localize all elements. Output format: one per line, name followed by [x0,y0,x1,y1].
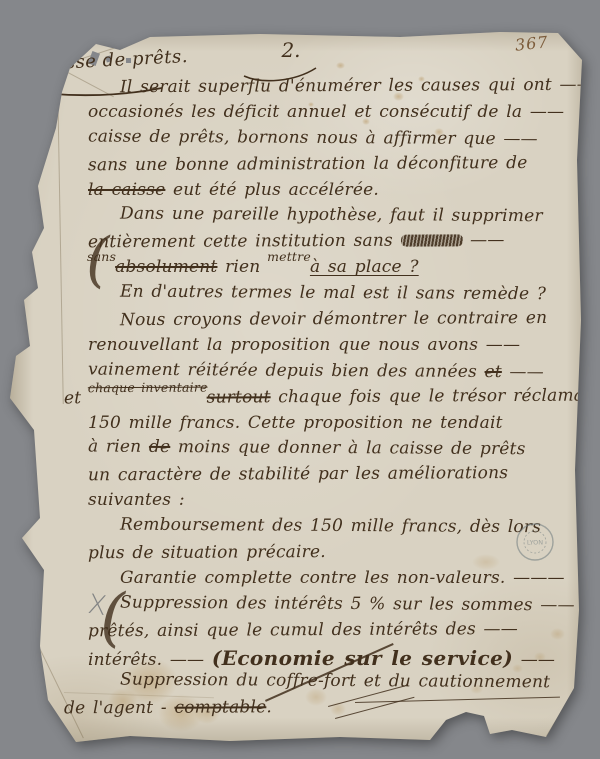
text-segment: chaque fois que le trésor réclamait ses [271,385,600,407]
manuscript-line: sans une bonne administration la déconfi… [88,152,574,180]
text-segment: et [485,362,502,382]
text-segment: caisse de prêts, bornons nous à affirmer… [88,126,538,149]
text-segment: renouvellant la proposition que nous avo… [88,335,520,355]
manuscript-line: Suppression du coffre-fort et du caution… [120,670,574,699]
manuscript-line: Suppression des intérêts 5 % sur les som… [120,592,574,621]
manuscript-line: 150 mille francs. Cette proposition ne t… [88,413,574,439]
text-segment: moins que donner à la caisse de prêts [170,437,525,459]
text-segment: la caisse [88,180,165,200]
text-segment: —— [502,362,544,382]
text-segment: comptable [174,698,266,718]
manuscript-line: sansabsolument rien mettreà sa place ? [88,257,574,283]
text-segment: plus de situation précaire. [88,542,326,563]
manuscript-line: à rien de moins que donner à la caisse d… [88,437,574,466]
crease-line [57,74,64,404]
text-segment: de l'agent - [64,698,175,719]
text-segment: sans une bonne administration la déconfi… [88,153,528,175]
manuscript-line: prêtés, ainsi que le cumul des intérêts … [88,618,574,646]
text-segment: —— [462,230,504,250]
manuscript-line: et chaque inventairesurtout chaque fois … [64,385,574,414]
text-segment: chaque inventaire [88,379,208,395]
manuscript-line: renouvellant la proposition que nous avo… [88,335,574,361]
manuscript-line: Dans une pareille hypothèse, faut il sup… [120,204,574,233]
text-segment: et [64,388,89,408]
text-segment: Il serait superflu d'énumérer les causes… [120,75,594,97]
crease-line [39,648,84,738]
stamp-text: LYON [527,539,543,547]
manuscript-line: un caractère de stabilité par les amélio… [88,463,574,491]
text-segment: entièrement cette institution sans [88,231,401,253]
text-segment: Nous croyons devoir démontrer le contrai… [120,308,547,330]
manuscript-line: intérêts. —— (Economie sur le service) —… [88,646,574,672]
scribbled-out-word [401,235,463,247]
manuscript-line: Nous croyons devoir démontrer le contrai… [120,308,574,336]
text-segment: Garantie complette contre les non-valeur… [120,568,565,588]
manuscript-line: Garantie complette contre les non-valeur… [120,568,574,594]
manuscript-line: suivantes : [88,490,574,516]
text-segment: vainement réitérée depuis bien des année… [88,359,485,381]
text-segment: rien [217,257,268,277]
text-segment: absolument [115,257,217,277]
text-segment: prêtés, ainsi que le cumul des intérêts … [88,619,518,641]
text-segment: 150 mille francs. Cette proposition ne t… [88,413,503,433]
text-segment: de [149,437,170,457]
manuscript-line: Remboursement des 150 mille francs, dès … [120,515,574,544]
text-segment: —— [513,650,555,670]
page-number: 2. [246,38,336,62]
margin-brace-icon: ( [86,230,109,290]
manuscript-photo: Caisse de prêts. 2. 367 Il serait superf… [0,0,600,759]
text-segment: à sa place ? [310,257,419,277]
text-segment: Suppression des intérêts 5 % sur les som… [120,592,575,615]
text-segment: eut été plus accélérée. [165,180,379,200]
folio-number: 367 [514,32,549,54]
foxing-spot [336,62,345,69]
paper-shadow: Caisse de prêts. 2. 367 Il serait superf… [0,0,600,759]
text-segment: mettre [267,249,311,264]
text-segment: Dans une pareille hypothèse, faut il sup… [120,204,543,227]
text-segment: surtout [207,387,271,407]
manuscript-line: Il serait superflu d'énumérer les causes… [120,75,574,103]
text-segment: occasionés les déficit annuel et consécu… [88,102,564,122]
text-segment: Suppression du coffre-fort et du caution… [120,670,550,693]
manuscript-line: la caisse eut été plus accélérée. [88,180,574,206]
page-title: Caisse de prêts. [34,46,189,75]
manuscript-line: En d'autres termes le mal est il sans re… [120,282,574,311]
manuscript-line: plus de situation précaire. [88,541,574,569]
manuscript-line: entièrement cette institution sans —— [88,230,574,258]
text-segment: à rien [88,437,149,457]
manuscript-line: caisse de prêts, bornons nous à affirmer… [88,126,574,155]
text-segment: En d'autres termes le mal est il sans re… [120,282,546,305]
text-segment: Remboursement des 150 mille francs, dès … [120,515,541,538]
manuscript-line: de l'agent - comptable. [64,696,574,725]
library-stamp-icon: LYON [513,520,557,564]
text-segment: un caractère de stabilité par les amélio… [88,463,508,485]
manuscript-lines: Il serait superflu d'énumérer les causes… [88,76,574,723]
text-segment: suivantes : [88,490,185,510]
manuscript-line: occasionés les déficit annuel et consécu… [88,102,574,128]
manuscript-page: Caisse de prêts. 2. 367 Il serait superf… [10,30,584,746]
